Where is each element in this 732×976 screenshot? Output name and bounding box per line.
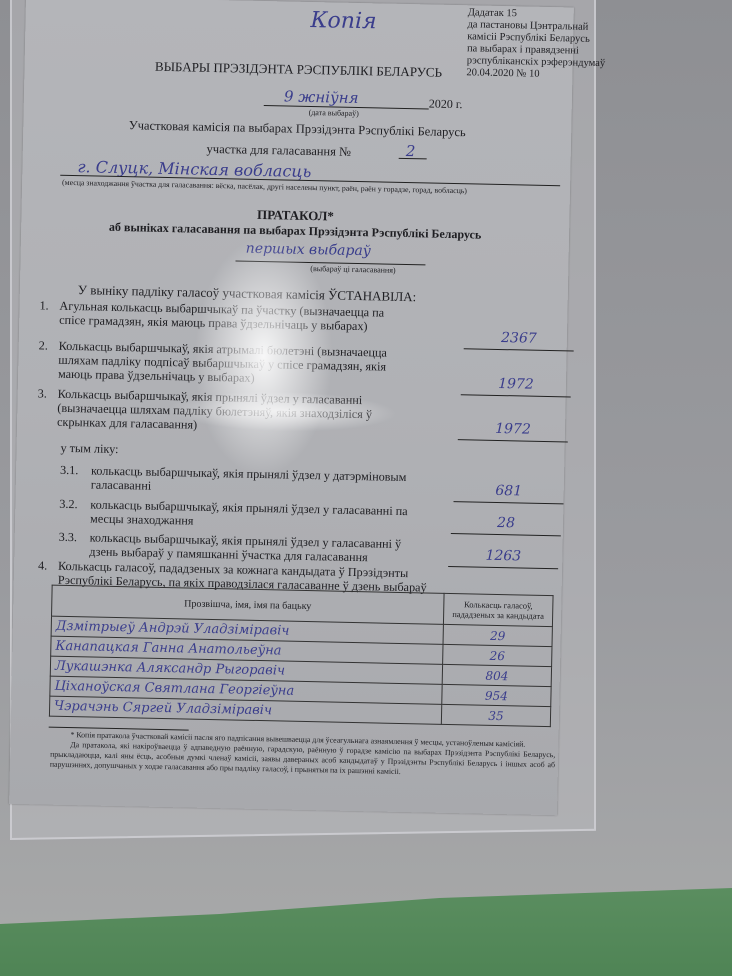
item-text: Колькасць выбаршчыкаў, якія атрымалі бюл… (58, 339, 394, 388)
protocol-sheet: Копія Дадатак 15 да пастановы Цэнтральна… (9, 0, 574, 815)
item-text: Колькасць выбаршчыкаў, якія прынялі ўдзе… (57, 387, 393, 436)
candidate-votes: 954 (442, 684, 551, 706)
including-label: у тым ліку: (60, 441, 118, 456)
candidate-results-table: Прозвішча, імя, імя па бацьку Колькасць … (49, 585, 554, 727)
candidate-votes: 26 (443, 644, 552, 666)
election-round: першых выбараў (246, 241, 371, 260)
election-year: 2020 г. (429, 96, 463, 112)
subitem-value: 28 (451, 514, 561, 532)
election-date: 9 жніўня (284, 87, 359, 107)
subitem-value: 1263 (448, 547, 558, 565)
copy-signature: Копія (310, 8, 377, 34)
header-votes: Колькасць галасоў, пададзеных за кандыда… (443, 593, 553, 626)
item-value: 2367 (464, 329, 574, 347)
subitem-number: 3.2. (59, 497, 78, 512)
item-number: 2. (39, 338, 48, 353)
round-caption: (выбараў ці галасавання) (310, 264, 395, 275)
item-value: 1972 (461, 375, 571, 393)
subitem-number: 3.1. (60, 463, 79, 478)
item-value: 1972 (458, 420, 568, 438)
subitem-number: 3.3. (59, 530, 78, 545)
item-number: 4. (38, 558, 47, 573)
candidate-votes: 29 (443, 624, 552, 646)
subitem-value: 681 (454, 482, 564, 500)
subitem-text: колькасць выбаршчыкаў, якія прынялі ўдзе… (91, 463, 412, 498)
candidate-votes: 804 (442, 664, 551, 686)
green-floor-panel (0, 876, 732, 976)
subitem-text: колькасць выбаршчыкаў, якія прынялі ўдзе… (90, 497, 411, 532)
date-caption: (дата выбараў) (309, 108, 359, 118)
footnote: * Копія пратакола ўчастковай камісіі пас… (50, 730, 556, 781)
item-number: 3. (38, 386, 47, 401)
item-text: Агульная колькасць выбаршчыкаў па ўчастк… (59, 299, 390, 334)
candidate-votes: 35 (441, 704, 550, 726)
commission-name: Участковая камісія па выбарах Прэзідэнта… (23, 116, 571, 142)
item-number: 1. (39, 298, 48, 313)
place-caption: (месца знаходжання ўчастка для галасаван… (62, 178, 467, 195)
